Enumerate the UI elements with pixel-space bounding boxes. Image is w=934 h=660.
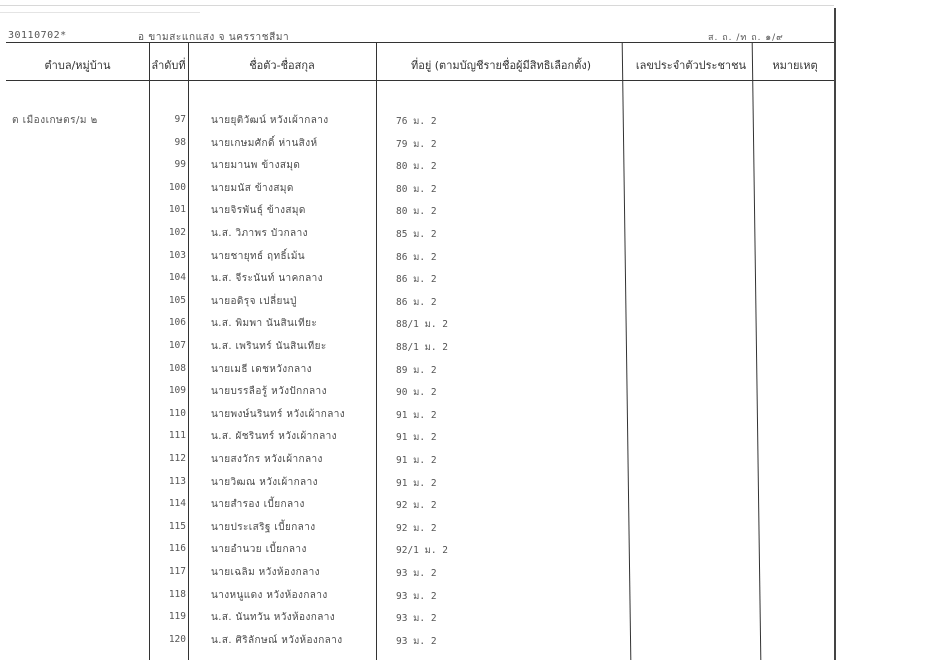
page-edge: [834, 8, 836, 660]
voter-address: 91 ม. 2: [396, 476, 437, 491]
header-full-name: ชื่อตัว-ชื่อสกุล: [188, 56, 376, 74]
sequence-number: 97: [150, 114, 186, 125]
table-row: 115นายประเสริฐ เบี้ยกลาง92 ม. 2: [0, 516, 834, 538]
voter-name: นายชายุทธ์ ฤทธิ์เม้น: [211, 249, 305, 264]
table-row: 99นายมานพ ข้างสมุด80 ม. 2: [0, 154, 834, 176]
voter-address: 93 ม. 2: [396, 611, 437, 626]
voter-name: นายจิรพันธุ์ ข้างสมุด: [211, 203, 306, 218]
header-sequence-number: ลำดับที่: [149, 56, 188, 74]
voter-address: 80 ม. 2: [396, 204, 437, 219]
header-bottom-border: [6, 80, 834, 81]
voter-name: นางหนูแดง หวังห้องกลาง: [211, 588, 328, 603]
voter-name: น.ส. วิภาพร บัวกลาง: [211, 226, 308, 241]
voter-address: 93 ม. 2: [396, 634, 437, 649]
sequence-number: 103: [150, 250, 186, 261]
header-remarks: หมายเหตุ: [756, 56, 834, 74]
voter-address: 88/1 ม. 2: [396, 317, 448, 332]
voter-address: 86 ม. 2: [396, 250, 437, 265]
voter-address: 93 ม. 2: [396, 566, 437, 581]
voter-name: นายพงษ์นรินทร์ หวังเผ้ากลาง: [211, 407, 345, 422]
table-row: 104น.ส. จีระนันท์ นาคกลาง86 ม. 2: [0, 267, 834, 289]
sequence-number: 101: [150, 204, 186, 215]
table-row: 120น.ส. ศิริลักษณ์ หวังห้องกลาง93 ม. 2: [0, 629, 834, 651]
sequence-number: 120: [150, 634, 186, 645]
voter-address: 80 ม. 2: [396, 159, 437, 174]
sequence-number: 111: [150, 430, 186, 441]
voter-address: 93 ม. 2: [396, 589, 437, 604]
voter-address: 88/1 ม. 2: [396, 340, 448, 355]
voter-name: นายสงวักร หวังเผ้ากลาง: [211, 452, 323, 467]
table-row: 101นายจิรพันธุ์ ข้างสมุด80 ม. 2: [0, 199, 834, 221]
voter-name: น.ส. เพรินทร์ นันสินเทียะ: [211, 339, 327, 354]
table-row: 116นายอำนวย เบี้ยกลาง92/1 ม. 2: [0, 538, 834, 560]
document-code: 30110702*: [8, 30, 67, 41]
sequence-number: 102: [150, 227, 186, 238]
table-row: 108นายเมธี เดชหวังกลาง89 ม. 2: [0, 358, 834, 380]
scan-artifact-line: [0, 5, 834, 6]
voter-address: 86 ม. 2: [396, 295, 437, 310]
sequence-number: 116: [150, 543, 186, 554]
voter-address: 91 ม. 2: [396, 408, 437, 423]
sequence-number: 106: [150, 317, 186, 328]
voter-name: นายเฉลิม หวังห้องกลาง: [211, 565, 320, 580]
sequence-number: 99: [150, 159, 186, 170]
voter-name: นายบรรลือรู้ หวังปักกลาง: [211, 384, 327, 399]
sequence-number: 113: [150, 476, 186, 487]
voter-address: 89 ม. 2: [396, 363, 437, 378]
voter-name: นายมานพ ข้างสมุด: [211, 158, 300, 173]
voter-address: 76 ม. 2: [396, 114, 437, 129]
table-row: 97นายยุติวัฒน์ หวังเผ้ากลาง76 ม. 2: [0, 109, 834, 131]
voter-address: 86 ม. 2: [396, 272, 437, 287]
sequence-number: 107: [150, 340, 186, 351]
table-row: 118นางหนูแดง หวังห้องกลาง93 ม. 2: [0, 584, 834, 606]
sequence-number: 119: [150, 611, 186, 622]
sequence-number: 109: [150, 385, 186, 396]
sequence-number: 112: [150, 453, 186, 464]
voter-address: 92 ม. 2: [396, 521, 437, 536]
table-row: 107น.ส. เพรินทร์ นันสินเทียะ88/1 ม. 2: [0, 335, 834, 357]
voter-address: 80 ม. 2: [396, 182, 437, 197]
voter-name: น.ส. จีระนันท์ นาคกลาง: [211, 271, 323, 286]
voter-address: 90 ม. 2: [396, 385, 437, 400]
table-row: 113นายวิฒณ หวังเผ้ากลาง91 ม. 2: [0, 471, 834, 493]
sequence-number: 98: [150, 137, 186, 148]
table-top-border: [6, 42, 834, 43]
table-row: 105นายอดิรุจ เปลี่ยนปู่86 ม. 2: [0, 290, 834, 312]
table-row: 106น.ส. พิมพา นันสินเทียะ88/1 ม. 2: [0, 312, 834, 334]
sequence-number: 104: [150, 272, 186, 283]
voter-name: น.ส. ผัชรินทร์ หวังเผ้ากลาง: [211, 429, 337, 444]
voter-address: 85 ม. 2: [396, 227, 437, 242]
table-row: 103นายชายุทธ์ ฤทธิ์เม้น86 ม. 2: [0, 245, 834, 267]
table-row: 102น.ส. วิภาพร บัวกลาง85 ม. 2: [0, 222, 834, 244]
header-citizen-id: เลขประจำตัวประชาชน: [626, 56, 756, 74]
voter-name: นายวิฒณ หวังเผ้ากลาง: [211, 475, 318, 490]
table-row: 114นายสำรอง เบี้ยกลาง92 ม. 2: [0, 493, 834, 515]
table-row: 111น.ส. ผัชรินทร์ หวังเผ้ากลาง91 ม. 2: [0, 425, 834, 447]
voter-name: นายสำรอง เบี้ยกลาง: [211, 497, 305, 512]
sequence-number: 105: [150, 295, 186, 306]
voter-address: 92/1 ม. 2: [396, 543, 448, 558]
voter-name: นายยุติวัฒน์ หวังเผ้ากลาง: [211, 113, 329, 128]
voter-name: นายอดิรุจ เปลี่ยนปู่: [211, 294, 297, 309]
table-row: 117นายเฉลิม หวังห้องกลาง93 ม. 2: [0, 561, 834, 583]
sequence-number: 115: [150, 521, 186, 532]
voter-name: นายอำนวย เบี้ยกลาง: [211, 542, 307, 557]
header-subdistrict-village: ตำบล/หมู่บ้าน: [6, 56, 149, 74]
sequence-number: 110: [150, 408, 186, 419]
voter-name: นายเกษมศักดิ์ ห่านสิงห์: [211, 136, 317, 151]
voter-name: น.ส. พิมพา นันสินเทียะ: [211, 316, 317, 331]
voter-address: 92 ม. 2: [396, 498, 437, 513]
sequence-number: 114: [150, 498, 186, 509]
table-row: 119น.ส. นันทวัน หวังห้องกลาง93 ม. 2: [0, 606, 834, 628]
scan-artifact-line: [0, 12, 200, 13]
voter-address: 91 ม. 2: [396, 453, 437, 468]
voter-name: นายประเสริฐ เบี้ยกลาง: [211, 520, 316, 535]
sequence-number: 118: [150, 589, 186, 600]
sequence-number: 117: [150, 566, 186, 577]
sequence-number: 100: [150, 182, 186, 193]
voter-name: น.ส. ศิริลักษณ์ หวังห้องกลาง: [211, 633, 342, 648]
header-address: ที่อยู่ (ตามบัญชีรายชื่อผู้มีสิทธิเลือกต…: [376, 56, 626, 74]
sequence-number: 108: [150, 363, 186, 374]
table-row: 112นายสงวักร หวังเผ้ากลาง91 ม. 2: [0, 448, 834, 470]
voter-name: นายมนัส ข้างสมุด: [211, 181, 294, 196]
voter-address: 91 ม. 2: [396, 430, 437, 445]
table-row: 110นายพงษ์นรินทร์ หวังเผ้ากลาง91 ม. 2: [0, 403, 834, 425]
voter-address: 79 ม. 2: [396, 137, 437, 152]
voter-name: น.ส. นันทวัน หวังห้องกลาง: [211, 610, 335, 625]
table-row: 100นายมนัส ข้างสมุด80 ม. 2: [0, 177, 834, 199]
table-row: 109นายบรรลือรู้ หวังปักกลาง90 ม. 2: [0, 380, 834, 402]
voter-name: นายเมธี เดชหวังกลาง: [211, 362, 312, 377]
table-row: 98นายเกษมศักดิ์ ห่านสิงห์79 ม. 2: [0, 132, 834, 154]
